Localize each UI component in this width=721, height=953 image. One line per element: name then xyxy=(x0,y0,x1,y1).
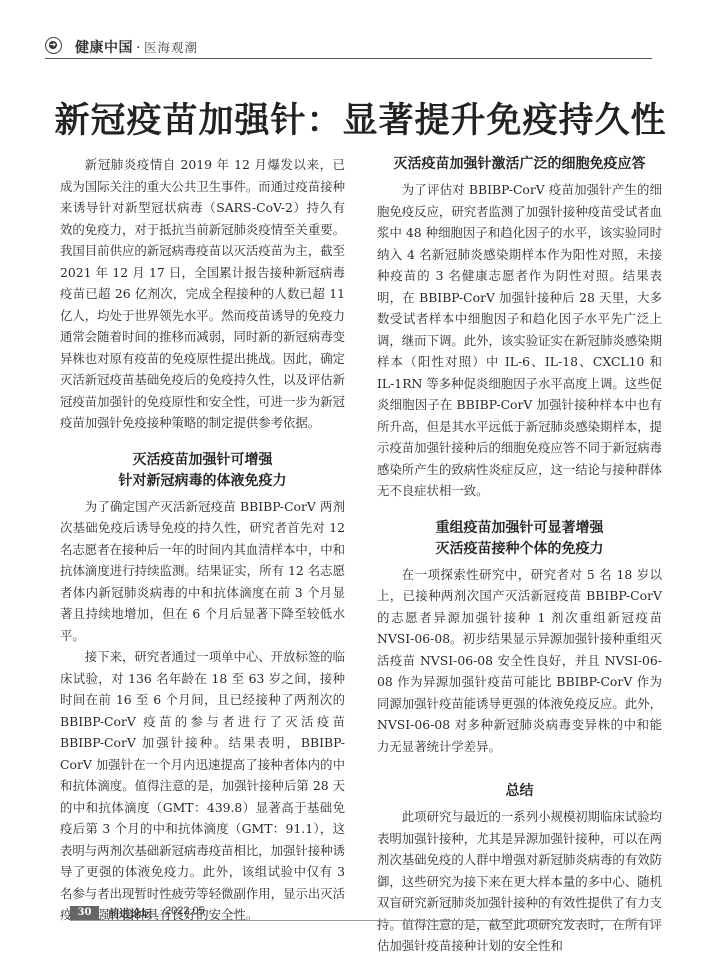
section1-heading-line1: 灭活疫苗加强针可增强 xyxy=(133,452,273,468)
circle-arrow-right-icon: ➜ xyxy=(45,37,62,54)
right-column: 灭活疫苗加强针激活广泛的细胞免疫应答 为了评估对 BBIBP-CorV 疫苗加强… xyxy=(377,154,662,953)
section1-heading: 灭活疫苗加强针可增强 针对新冠病毒的体液免疫力 xyxy=(60,450,345,492)
column-brand: 健康中国·医海观潮 xyxy=(75,37,198,57)
section3-heading-line1: 重组疫苗加强针可显著增强 xyxy=(436,520,604,536)
journal-name: 前进论坛 xyxy=(108,905,152,921)
section3-heading-line2: 灭活疫苗接种个体的免疫力 xyxy=(436,541,604,557)
section2-heading: 灭活疫苗加强针激活广泛的细胞免疫应答 xyxy=(377,154,662,175)
page-footer: 30 前进论坛 2022.05 xyxy=(70,906,652,921)
section3-paragraph-1: 在一项探索性研究中，研究者对 5 名 18 岁以上，已接种两剂次国产灭活新冠疫苗… xyxy=(377,564,662,758)
intro-paragraph: 新冠肺炎疫情自 2019 年 12 月爆发以来，已成为国际关注的重大公共卫生事件… xyxy=(60,154,345,434)
page-number: 30 xyxy=(70,906,99,920)
summary-paragraph-1: 此项研究与最近的一系列小规模初期临床试验均表明加强针接种，尤其是异源加强针接种，… xyxy=(377,806,662,953)
section1-paragraph-1: 为了确定国产灭活新冠疫苗 BBIBP-CorV 两剂次基础免疫后诱导免疫的持久性… xyxy=(60,496,345,647)
brand-name: 健康中国 xyxy=(75,40,133,56)
section1-paragraph-2: 接下来，研究者通过一项单中心、开放标签的临床试验，对 136 名年龄在 18 至… xyxy=(60,646,345,926)
issue-number: 2022.05 xyxy=(165,905,205,917)
brand-separator: · xyxy=(136,40,141,56)
section-name: 医海观潮 xyxy=(144,40,198,55)
section3-heading: 重组疫苗加强针可显著增强 灭活疫苗接种个体的免疫力 xyxy=(377,518,662,560)
page-header: ➜ 健康中国·医海观潮 xyxy=(45,36,652,59)
section1-heading-line2: 针对新冠病毒的体液免疫力 xyxy=(119,473,287,489)
left-column: 新冠肺炎疫情自 2019 年 12 月爆发以来，已成为国际关注的重大公共卫生事件… xyxy=(60,154,345,926)
summary-heading: 总结 xyxy=(377,781,662,802)
section2-paragraph-1: 为了评估对 BBIBP-CorV 疫苗加强针产生的细胞免疫反应，研究者监测了加强… xyxy=(377,179,662,502)
article-title: 新冠疫苗加强针：显著提升免疫持久性 xyxy=(0,93,721,143)
